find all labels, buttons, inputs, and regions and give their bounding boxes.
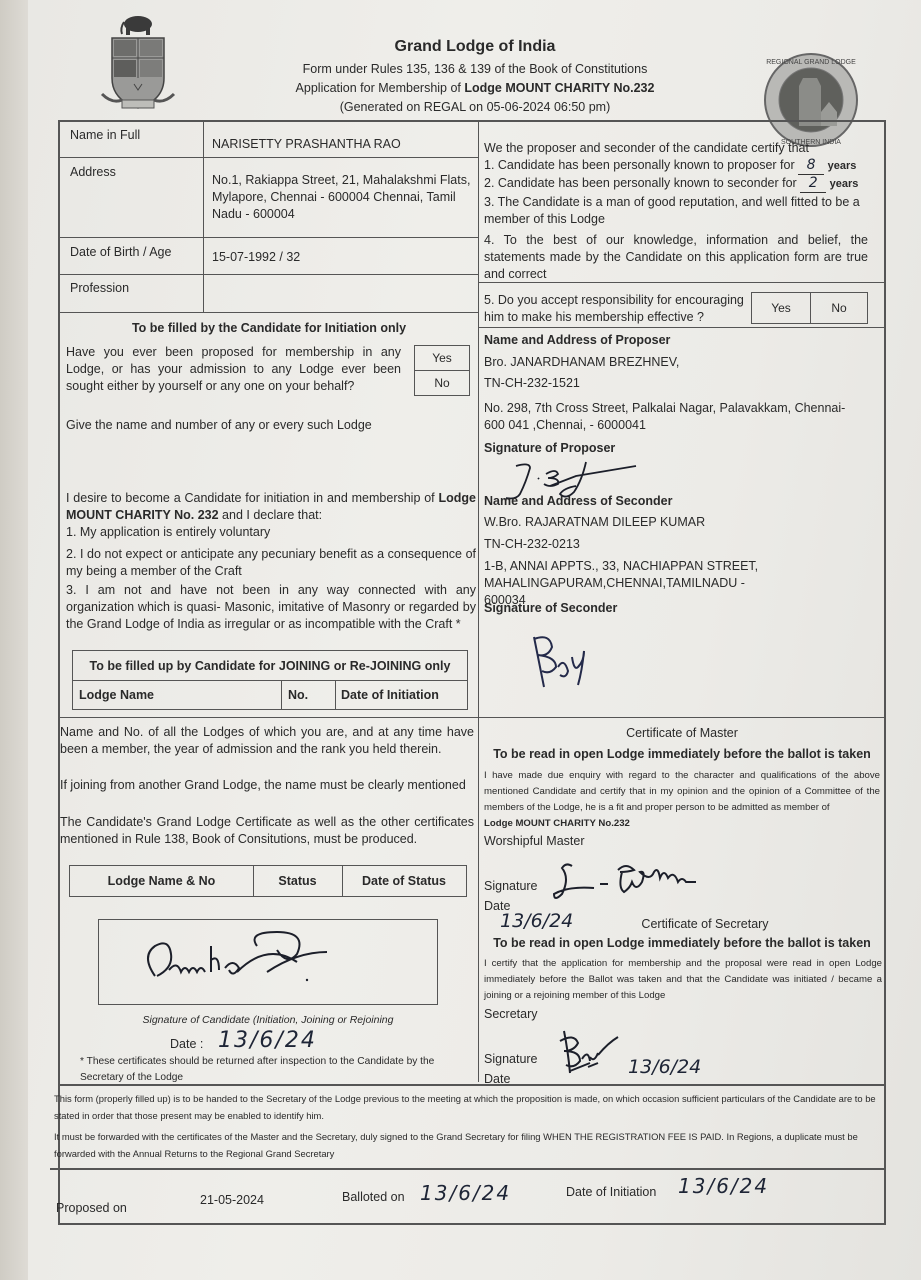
proposer-name: Bro. JANARDHANAM BREZHNEV, (484, 354, 679, 371)
application-form: Name in Full NARISETTY PRASHANTHA RAO Ad… (58, 120, 886, 1225)
col-lodge-name-no: Lodge Name & No (70, 873, 253, 890)
seconder-signature[interactable] (528, 627, 618, 702)
svg-text:REGIONAL GRAND LODGE: REGIONAL GRAND LODGE (766, 59, 856, 66)
secretary-title: Certificate of Secretary (600, 916, 810, 933)
joining-table: To be filled up by Candidate for JOINING… (72, 650, 468, 710)
crest-icon (98, 12, 178, 117)
desire-line-1: I desire to become a Candidate for initi… (66, 491, 435, 505)
generated-line: (Generated on REGAL on 05-06-2024 06:50 … (290, 98, 660, 117)
initiation-heading: To be filled by the Candidate for Initia… (60, 320, 478, 337)
master-date-value[interactable]: 13/6/24 (500, 910, 573, 932)
lodges-membership-text: Name and No. of all the Lodges of which … (60, 724, 474, 758)
certify-item-5: 5. Do you accept responsibility for enco… (484, 292, 754, 326)
master-body: I have made due enquiry with regard to t… (484, 768, 880, 816)
seconder-years-value[interactable]: 2 (800, 175, 826, 193)
proposed-on-value: 21-05-2024 (200, 1192, 264, 1209)
certify-item-2: 2. Candidate has been personally known t… (484, 175, 879, 193)
certify-item-1-text: 1. Candidate has been personally known t… (484, 158, 795, 172)
declaration-2: 2. I do not expect or anticipate any pec… (66, 546, 476, 580)
application-line: Application for Membership of Lodge MOUN… (290, 79, 660, 98)
profession-label: Profession (70, 280, 129, 297)
years-label-2: years (830, 178, 859, 190)
candidate-date-value[interactable]: 13/6/24 (218, 1028, 317, 1053)
seconder-name: W.Bro. RAJARATNAM DILEEP KUMAR (484, 514, 705, 531)
balloted-on-value[interactable]: 13/6/24 (420, 1181, 511, 1205)
seconder-id: TN-CH-232-0213 (484, 536, 580, 553)
proposed-question: Have you ever been proposed for membersh… (66, 344, 401, 395)
name-label: Name in Full (70, 127, 140, 144)
certificate-text: The Candidate's Grand Lodge Certificate … (60, 814, 474, 848)
footer-note-2: It must be forwarded with the certificat… (54, 1128, 882, 1162)
master-title: Certificate of Master (478, 725, 886, 742)
proposer-heading: Name and Address of Proposer (484, 332, 670, 349)
col-date-initiation: Date of Initiation (341, 687, 439, 704)
master-role: Worshipful Master (484, 833, 585, 850)
secretary-role: Secretary (484, 1006, 538, 1023)
give-name-text: Give the name and number of any or every… (66, 417, 372, 434)
master-subtitle: To be read in open Lodge immediately bef… (478, 746, 886, 763)
secretary-body: I certify that the application for membe… (484, 956, 882, 1004)
proposer-address: No. 298, 7th Cross Street, Palkalai Naga… (484, 400, 864, 434)
balloted-on-label: Balloted on (342, 1189, 405, 1206)
certify-item-2-text: 2. Candidate has been personally known t… (484, 176, 797, 190)
page-shadow (0, 0, 28, 1280)
address-value[interactable]: No.1, Rakiappa Street, 21, Mahalakshmi F… (212, 172, 472, 223)
initiation-date-label: Date of Initiation (566, 1184, 656, 1201)
address-label: Address (70, 164, 116, 181)
lodge-name: Lodge MOUNT CHARITY No.232 (464, 81, 654, 95)
col-number: No. (288, 687, 308, 704)
certify-item-3: 3. The Candidate is a man of good reputa… (484, 194, 879, 228)
candidate-signature-box[interactable] (98, 919, 438, 1005)
proposed-on-label: Proposed on (56, 1200, 127, 1217)
seconder-signature-label: Signature of Seconder (484, 600, 617, 617)
col-date-status: Date of Status (342, 873, 466, 890)
master-signature[interactable] (552, 860, 722, 907)
responsibility-no-box[interactable]: No (810, 292, 868, 324)
footer-note-1: This form (properly filled up) is to be … (54, 1090, 882, 1124)
certify-item-1: 1. Candidate has been personally known t… (484, 157, 879, 175)
rules-line: Form under Rules 135, 136 & 139 of the B… (290, 60, 660, 79)
form-header: Grand Lodge of India Form under Rules 13… (290, 38, 660, 117)
seconder-heading: Name and Address of Seconder (484, 493, 672, 510)
declaration-1: 1. My application is entirely voluntary (66, 524, 476, 541)
secretary-signature[interactable] (550, 1027, 630, 1082)
desire-text: I desire to become a Candidate for initi… (66, 490, 476, 524)
form-title: Grand Lodge of India (290, 38, 660, 56)
secretary-date-value[interactable]: 13/6/24 (628, 1056, 701, 1078)
responsibility-yes-box[interactable]: Yes (751, 292, 811, 324)
col-status: Status (253, 873, 342, 890)
certificates-footnote: * These certificates should be returned … (80, 1054, 460, 1086)
proposer-years-value[interactable]: 8 (798, 157, 824, 175)
candidate-date-label: Date : (170, 1036, 203, 1053)
certify-item-4: 4. To the best of our knowledge, informa… (484, 232, 868, 283)
dob-value[interactable]: 15-07-1992 / 32 (212, 249, 300, 266)
candidate-signature (137, 926, 337, 996)
secretary-subtitle: To be read in open Lodge immediately bef… (478, 935, 886, 952)
certify-intro: We the proposer and seconder of the cand… (484, 140, 809, 157)
joining-heading: To be filled up by Candidate for JOINING… (73, 658, 467, 675)
status-table: Lodge Name & No Status Date of Status (69, 865, 467, 897)
name-value[interactable]: NARISETTY PRASHANTHA RAO (212, 136, 401, 153)
master-signature-label: Signature (484, 878, 538, 895)
initiation-no-box[interactable]: No (414, 370, 470, 396)
application-prefix: Application for Membership of (296, 81, 465, 95)
col-lodge-name: Lodge Name (79, 687, 154, 704)
proposer-id: TN-CH-232-1521 (484, 375, 580, 392)
declaration-3: 3. I am not and have not been in any way… (66, 582, 476, 633)
initiation-date-value[interactable]: 13/6/24 (678, 1174, 769, 1198)
desire-line-2: and I declare that: (219, 508, 323, 522)
candidate-signature-caption: Signature of Candidate (Initiation, Join… (98, 1012, 438, 1028)
initiation-yes-box[interactable]: Yes (414, 345, 470, 371)
dob-label: Date of Birth / Age (70, 244, 171, 261)
years-label-1: years (828, 160, 857, 172)
other-grand-lodge-text: If joining from another Grand Lodge, the… (60, 777, 474, 794)
secretary-signature-label: Signature (484, 1051, 538, 1068)
master-lodge: Lodge MOUNT CHARITY No.232 (484, 816, 630, 832)
